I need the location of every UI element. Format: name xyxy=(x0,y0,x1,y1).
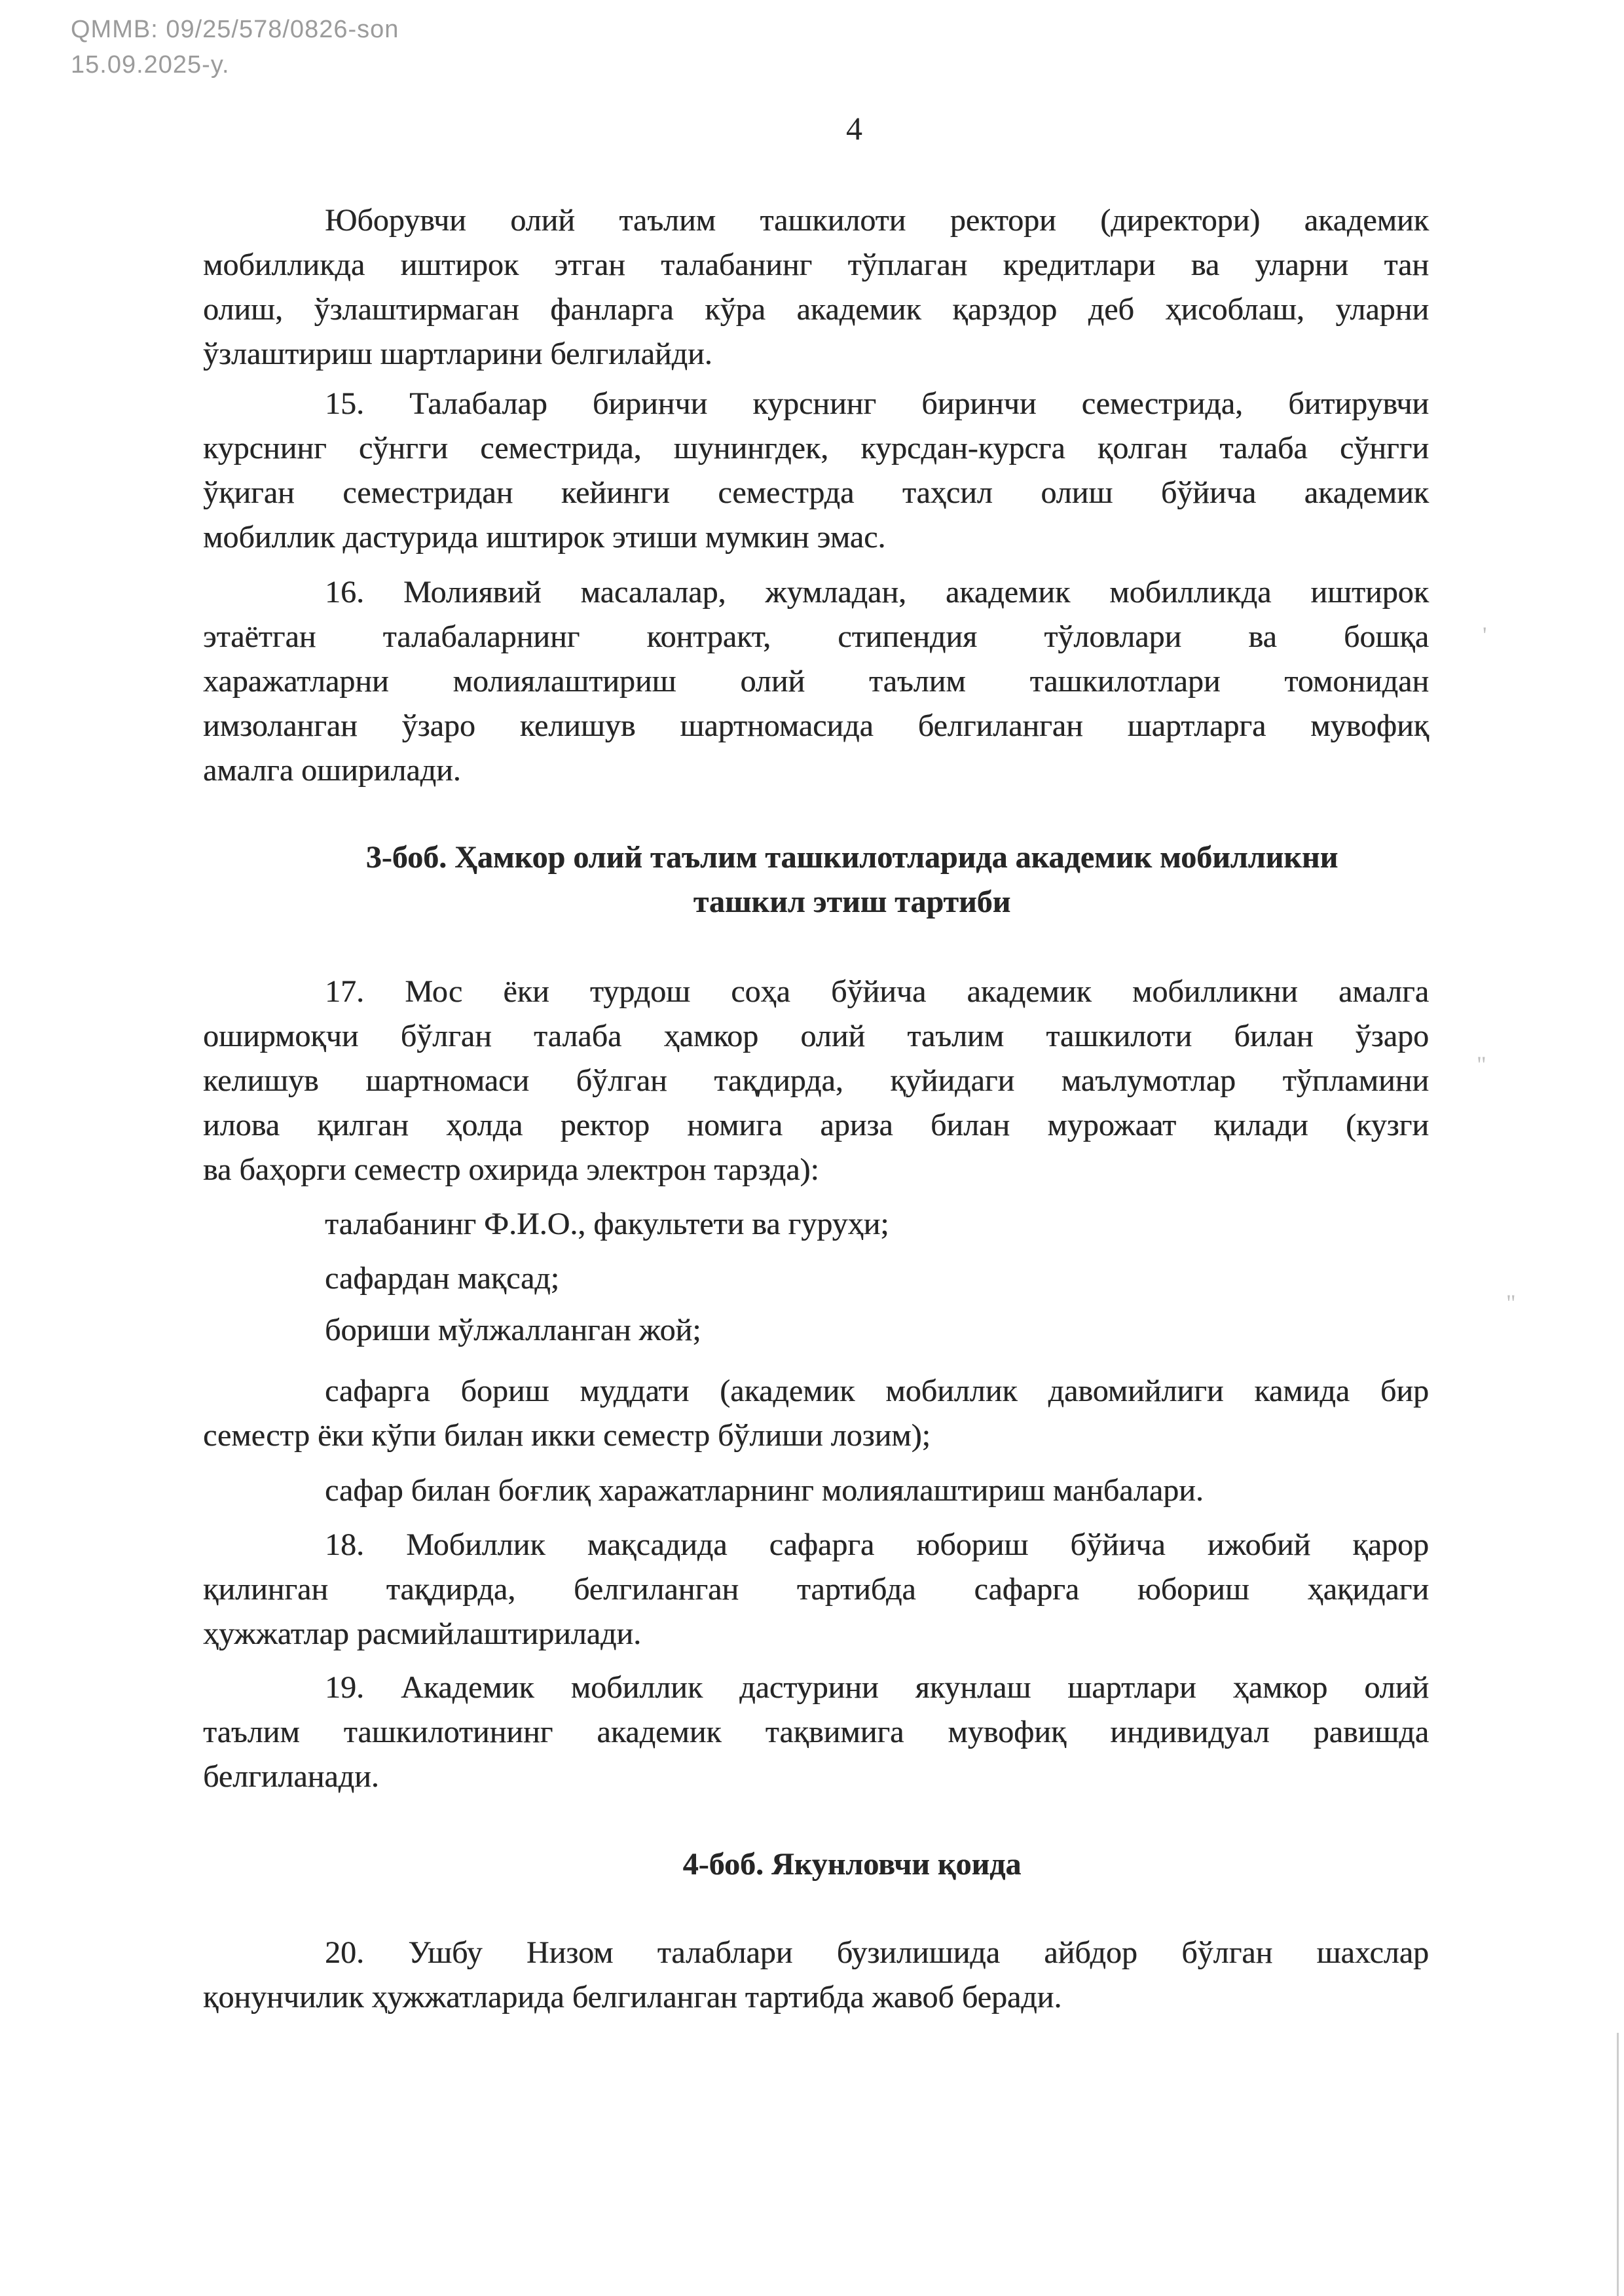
text-line: белгиланади. xyxy=(203,1755,1429,1799)
text-line: талабанинг Ф.И.О., факультети ва гуруҳи; xyxy=(203,1202,1429,1247)
text-line: таълим ташкилотининг академик тақвимига … xyxy=(203,1710,1429,1755)
text-line: 20. Ушбу Низом талаблари бузилишида айбд… xyxy=(203,1931,1429,1975)
text-line: ташкил этиш тартиби xyxy=(239,880,1465,924)
stamp-number: QMMB: 09/25/578/0826-son xyxy=(71,12,399,47)
text-line: қилинган тақдирда, белгиланган тартибда … xyxy=(203,1567,1429,1612)
paragraph: сафар билан боғлиқ харажатларнинг молиял… xyxy=(203,1468,1429,1513)
text-line: 3-боб. Ҳамкор олий таълим ташкилотларида… xyxy=(239,835,1465,880)
text-line: 4-боб. Якунловчи қоида xyxy=(239,1842,1465,1887)
text-line: олиш, ўзлаштирмаган фанларга кўра академ… xyxy=(203,287,1429,332)
text-line: имзоланган ўзаро келишув шартномасида бе… xyxy=(203,704,1429,748)
chapter-heading: 4-боб. Якунловчи қоида xyxy=(239,1842,1465,1887)
stamp-date: 15.09.2025-y. xyxy=(71,47,399,82)
text-line: ва баҳорги семестр охирида электрон тарз… xyxy=(203,1148,1429,1192)
scanned-document-page: QMMB: 09/25/578/0826-son 15.09.2025-y. 4… xyxy=(0,0,1624,2296)
paragraph: сафардан мақсад; xyxy=(203,1256,1429,1301)
scan-edge-line xyxy=(1617,2033,1619,2296)
paragraph: 20. Ушбу Низом талаблари бузилишида айбд… xyxy=(203,1931,1429,2020)
chapter-heading: 3-боб. Ҳамкор олий таълим ташкилотларида… xyxy=(239,835,1465,924)
text-line: харажатларни молиялаштириш олий таълим т… xyxy=(203,659,1429,704)
paragraph: бориши мўлжалланган жой; xyxy=(203,1308,1429,1353)
paragraph: талабанинг Ф.И.О., факультети ва гуруҳи; xyxy=(203,1202,1429,1247)
text-line: оширмоқчи бўлган талаба ҳамкор олий таъл… xyxy=(203,1014,1429,1059)
text-line: сафар билан боғлиқ харажатларнинг молиял… xyxy=(203,1468,1429,1513)
text-line: мобиллик дастурида иштирок этиши мумкин … xyxy=(203,515,1429,560)
paragraph: Юборувчи олий таълим ташкилоти ректори (… xyxy=(203,198,1429,376)
text-line: сафардан мақсад; xyxy=(203,1256,1429,1301)
text-line: ўзлаштириш шартларини белгилайди. xyxy=(203,332,1429,376)
paragraph: 17. Мос ёки турдош соҳа бўйича академик … xyxy=(203,970,1429,1192)
text-line: 18. Мобиллик мақсадида сафарга юбориш бў… xyxy=(203,1523,1429,1567)
text-line: келишув шартномаси бўлган тақдирда, қуйи… xyxy=(203,1059,1429,1103)
paragraph: 18. Мобиллик мақсадида сафарга юбориш бў… xyxy=(203,1523,1429,1656)
text-line: бориши мўлжалланган жой; xyxy=(203,1308,1429,1353)
paragraph: 16. Молиявий масалалар, жумладан, академ… xyxy=(203,570,1429,793)
text-line: қонунчилик ҳужжатларида белгиланган тарт… xyxy=(203,1975,1429,2020)
text-line: ўқиган семестридан кейинги семестрда таҳ… xyxy=(203,471,1429,515)
text-line: ҳужжатлар расмийлаштирилади. xyxy=(203,1612,1429,1656)
paragraph: 19. Академик мобиллик дастурини якунлаш … xyxy=(203,1666,1429,1799)
text-line: 15. Талабалар биринчи курснинг биринчи с… xyxy=(203,382,1429,426)
text-line: 16. Молиявий масалалар, жумладан, академ… xyxy=(203,570,1429,615)
paragraph: сафарга бориш муддати (академик мобиллик… xyxy=(203,1369,1429,1458)
text-line: 19. Академик мобиллик дастурини якунлаш … xyxy=(203,1666,1429,1710)
text-line: Юборувчи олий таълим ташкилоти ректори (… xyxy=(203,198,1429,243)
text-line: семестр ёки кўпи билан икки семестр бўли… xyxy=(203,1413,1429,1458)
text-line: мобилликда иштирок этган талабанинг тўпл… xyxy=(203,243,1429,287)
registration-stamp: QMMB: 09/25/578/0826-son 15.09.2025-y. xyxy=(71,12,399,82)
text-line: этаётган талабаларнинг контракт, стипенд… xyxy=(203,615,1429,659)
text-line: амалга оширилади. xyxy=(203,748,1429,793)
scan-artifact: " xyxy=(1477,1053,1486,1076)
text-line: курснинг сўнгги семестрида, шунингдек, к… xyxy=(203,426,1429,471)
scan-artifact: ' xyxy=(1483,623,1487,647)
page-number: 4 xyxy=(846,110,862,147)
text-line: 17. Мос ёки турдош соҳа бўйича академик … xyxy=(203,970,1429,1014)
scan-artifact: " xyxy=(1506,1291,1516,1315)
text-line: илова қилган ҳолда ректор номига ариза б… xyxy=(203,1103,1429,1148)
paragraph: 15. Талабалар биринчи курснинг биринчи с… xyxy=(203,382,1429,560)
text-line: сафарга бориш муддати (академик мобиллик… xyxy=(203,1369,1429,1413)
